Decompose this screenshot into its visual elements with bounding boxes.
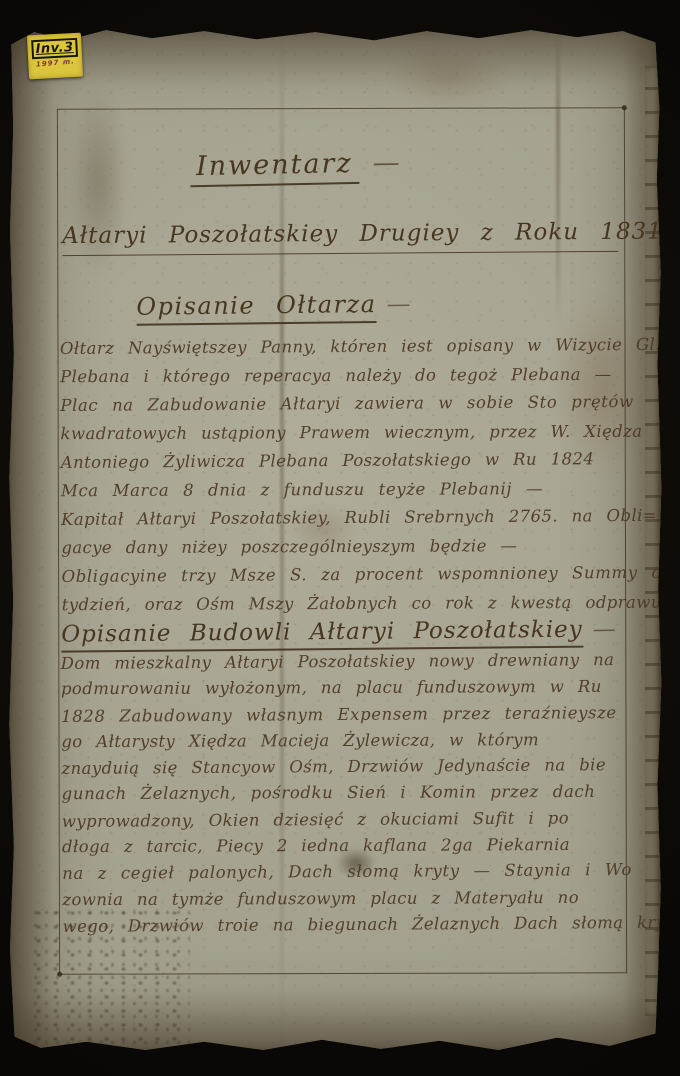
section-heading-oltarz-text: Opisanie Ołtarza — [136, 290, 376, 326]
page-stack-edge — [645, 66, 662, 1016]
manuscript-line: gunach Żelaznych, pośrodku Sień i Komin … — [62, 779, 624, 808]
heading-flourish-dash: — — [386, 290, 412, 318]
manuscript-line: 1828 Zabudowany własnym Expensem przez t… — [61, 700, 623, 730]
manuscript-line: Plebana i którego reperacya należy do te… — [60, 360, 622, 391]
manuscript-line: kwadratowych ustąpiony Prawem wiecznym, … — [60, 417, 622, 448]
document-subtitle: Ałtaryi Poszołatskiey Drugiey z Roku 183… — [62, 219, 618, 256]
manuscript-line: Kapitał Ałtaryi Poszołatskiey, Rubli Sre… — [61, 502, 623, 534]
manuscript-line: gacye dany niżey poszczególnieyszym będz… — [61, 531, 623, 562]
manuscript-line: tydzień, oraz Ośm Mszy Żałobnych co rok … — [62, 588, 624, 619]
title-flourish-dash: — — [372, 147, 402, 179]
section-heading-oltarz: Opisanie Ołtarza— — [136, 290, 412, 321]
manuscript-line: Dom mieszkalny Ałtaryi Poszołatskiey now… — [61, 647, 623, 677]
frame-corner-dot — [622, 105, 627, 110]
document-title: Inwentarz— — [190, 147, 402, 182]
manuscript-line: dłoga z tarcic, Piecy 2 iedna kaflana 2g… — [62, 832, 624, 861]
stain — [388, 46, 508, 106]
manuscript-line: na z cegieł palonych, Dach słomą kryty —… — [62, 857, 624, 887]
manuscript-line: podmurowaniu wyłożonym, na placu fundusz… — [61, 674, 623, 703]
section-heading-budowli: Opisanie Budowli Ałtaryi Poszołatskiey— — [61, 616, 617, 647]
manuscript-line: Plac na Zabudowanie Ałtaryi zawiera w so… — [60, 388, 622, 420]
manuscript-line: zownia na tymże funduszowym placu z Mate… — [62, 884, 624, 913]
manuscript-line: Obligacyine trzy Msze S. za procent wspo… — [61, 559, 623, 591]
inventory-sticker-code: Inv.3 — [31, 38, 78, 59]
section-1-body: Ołtarz Nayświętszey Panny, któren iest o… — [60, 331, 624, 620]
manuscript-line: wyprowadzony, Okien dziesięć z okuciami … — [62, 805, 624, 835]
manuscript-page: Inwentarz— Ałtaryi Poszołatskiey Drugiey… — [8, 26, 662, 1052]
heading-flourish-dash: — — [593, 616, 617, 642]
scanned-book-photo: Inwentarz— Ałtaryi Poszołatskiey Drugiey… — [0, 0, 680, 1076]
manuscript-line: znayduią się Stancyow Ośm, Drzwiów Jedyn… — [61, 752, 623, 782]
ink-border-frame: Inwentarz— Ałtaryi Poszołatskiey Drugiey… — [57, 107, 627, 974]
manuscript-line: Antoniego Żyliwicza Plebana Poszołatskie… — [61, 445, 623, 477]
section-2-body: Dom mieszkalny Ałtaryi Poszołatskiey now… — [61, 647, 625, 940]
manuscript-line: go Ałtarysty Xiędza Macieja Żylewicza, w… — [61, 727, 623, 756]
inventory-sticker: Inv.3 1997 m. — [27, 33, 83, 80]
manuscript-line: Mca Marca 8 dnia z funduszu teyże Pleban… — [61, 474, 623, 505]
manuscript-line: wego, Drzwiów troie na biegunach Żelazny… — [62, 910, 624, 940]
document-title-text: Inwentarz — [190, 148, 359, 187]
frame-corner-dot — [57, 972, 62, 977]
manuscript-line: Ołtarz Nayświętszey Panny, któren iest o… — [60, 331, 622, 363]
